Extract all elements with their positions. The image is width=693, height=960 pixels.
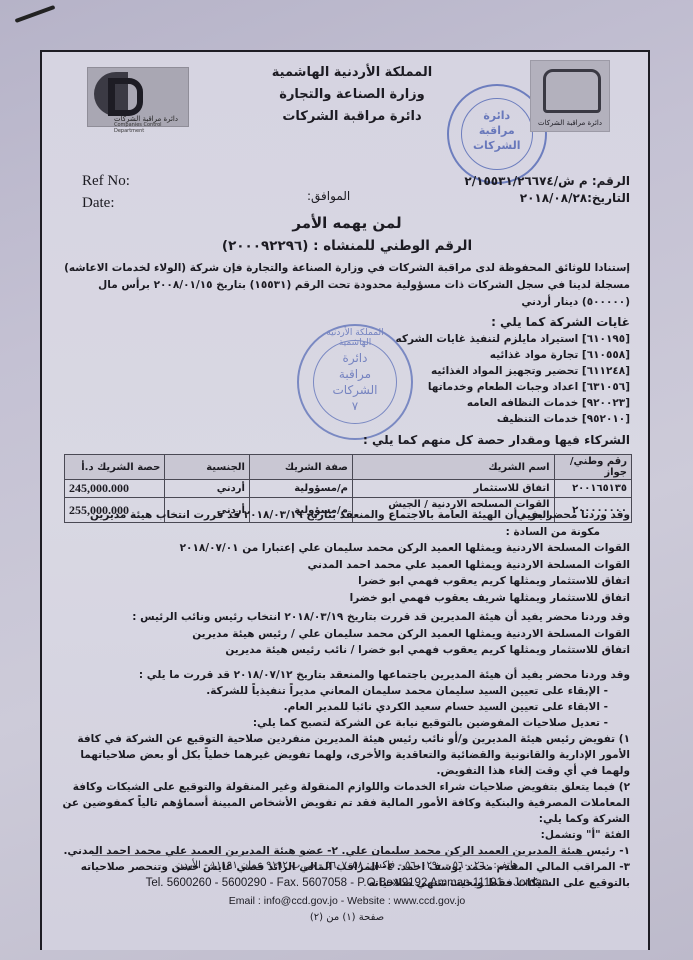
stamp-line: دائرة — [473, 108, 521, 123]
decision-item: - الابقاء على تعيين السيد حسام سعيد الكر… — [60, 699, 608, 715]
decisions-intro: وقد وردنا محضر يفيد أن هيئة المديرين باج… — [60, 667, 630, 683]
table-row: ٢٠٠١٦٥١٣٥ اتفاق للاستثمار م/مسؤولية أردن… — [65, 480, 632, 498]
document-title: لمن يهمه الأمر — [42, 214, 652, 232]
stamp-ring-text: المملكة الأردنية الهاشمية — [309, 328, 401, 348]
board-intro-2: مكونة من السادة : — [60, 524, 600, 541]
stamp-line: دائرة — [299, 350, 411, 366]
pen-mark — [15, 5, 56, 23]
reference-block-ar: الرقم: م ش/٢/١٥٥٣١/٢٦٦٧٤ التاريخ:٢٠١٨/٠٨… — [464, 173, 630, 207]
reference-number: الرقم: م ش/٢/١٥٥٣١/٢٦٦٧٤ — [464, 173, 630, 190]
document-page: دائرة مراقبة الشركات Companies Control D… — [40, 50, 650, 950]
reference-date: التاريخ:٢٠١٨/٠٨/٢٨ — [464, 190, 630, 207]
stamp-line: مراقبة — [299, 366, 411, 382]
col-partner-type: صفة الشريك — [249, 455, 352, 480]
chair-line: القوات المسلحة الاردنية ويمثلها العميد ا… — [60, 626, 630, 643]
emblem-caption: دائرة مراقبة الشركات — [531, 119, 609, 127]
board-member: اتفاق للاستثمار ويمثلها شريف يعقوب فهمي … — [60, 590, 630, 607]
chair-line: اتفاق للاستثمار ويمثلها كريم يعقوب فهمي … — [60, 642, 630, 659]
date-label: Date: — [82, 192, 130, 214]
crest-icon — [543, 69, 601, 113]
cell-nationality: أردني — [165, 480, 250, 498]
logo-p-shape — [108, 78, 143, 116]
cell-share: 245,000.000 — [65, 480, 165, 498]
footer-email-website: Email : info@ccd.gov.jo - Website : www.… — [42, 895, 652, 907]
col-partner-name: اسم الشريك — [352, 455, 554, 480]
col-national-id: رقم وطني/جواز — [554, 455, 631, 480]
stamp-middle: المملكة الأردنية الهاشمية دائرة مراقبة ا… — [297, 324, 413, 440]
clause-2: ٢) فيما يتعلق بتفويض صلاحيات شراء الخدما… — [60, 779, 630, 827]
chair-section: وقد وردنا محضر يفيد أن هيئة المديرين قد … — [60, 609, 630, 659]
board-section: وقد وردنا محضر يفيد أن الهيئة العامة بال… — [60, 507, 630, 606]
intro-line: إستنادا للوثائق المحفوظة لدى مراقبة الشر… — [60, 260, 630, 277]
ministry-name: وزارة الصناعة والتجارة — [242, 84, 462, 106]
board-member: اتفاق للاستثمار ويمثلها كريم يعقوب فهمي … — [60, 573, 630, 590]
cell-partner-type: م/مسؤولية — [249, 480, 352, 498]
board-member: القوات المسلحة الاردنية ويمثلها العميد ا… — [60, 540, 630, 557]
stamp-line: مراقبة — [473, 123, 521, 138]
col-share: حصة الشريك د.أ — [65, 455, 165, 480]
board-intro: وقد وردنا محضر يفيد أن الهيئة العامة بال… — [60, 507, 630, 524]
page-number: صفحة (١) من (٢) — [42, 912, 652, 923]
national-number: الرقم الوطني للمنشاه : (٢٠٠٠٩٢٢٩٦) — [42, 238, 652, 254]
stamp-line: ٧ — [299, 398, 411, 414]
stamp-line: الشركات — [299, 382, 411, 398]
board-member: القوات المسلحة الاردنية ويمثلها العميد ع… — [60, 557, 630, 574]
cell-partner-name: اتفاق للاستثمار — [352, 480, 554, 498]
ref-no-label: Ref No: — [82, 170, 130, 192]
category-a: الفئة "أ" وتشمل: — [60, 827, 630, 843]
partners-title: الشركاء فيها ومقدار حصة كل منهم كما يلي … — [60, 432, 630, 449]
government-header: المملكة الأردنية الهاشمية وزارة الصناعة … — [242, 62, 462, 128]
department-name: دائرة مراقبة الشركات — [242, 106, 462, 128]
jordan-emblem-icon: دائرة مراقبة الشركات — [530, 60, 610, 132]
stamp-text: دائرة مراقبة الشركات — [473, 108, 521, 153]
intro-paragraph: إستنادا للوثائق المحفوظة لدى مراقبة الشر… — [60, 260, 630, 311]
ccd-logo: دائرة مراقبة الشركات Companies Control D… — [87, 67, 189, 127]
intro-line: مسجلة لدينا في سجل الشركات ذات مسؤولية م… — [60, 277, 630, 311]
reference-block-en: Ref No: Date: — [82, 170, 130, 214]
col-nationality: الجنسية — [165, 455, 250, 480]
cell-national-id: ٢٠٠١٦٥١٣٥ — [554, 480, 631, 498]
footer-contact-en: Tel. 5600260 - 5600290 - Fax. 5607058 - … — [42, 877, 652, 889]
logo-text-en: Companies Control Department — [114, 122, 188, 134]
kingdom-name: المملكة الأردنية الهاشمية — [242, 62, 462, 84]
decision-item: - الإبقاء على تعيين السيد سليمان محمد سل… — [60, 683, 608, 699]
stamp-text: دائرة مراقبة الشركات ٧ — [299, 350, 411, 414]
footer-contact-ar: هاتف: ٥٦٠٠٢٦٠ - ٥٦٠٠٢٩٠ - فاكس: ٥٦٠٧٠٥٨ … — [42, 860, 652, 871]
decisions-section: وقد وردنا محضر يفيد أن هيئة المديرين باج… — [60, 667, 630, 891]
table-header-row: رقم وطني/جواز اسم الشريك صفة الشريك الجن… — [65, 455, 632, 480]
chair-intro: وقد وردنا محضر يفيد أن هيئة المديرين قد … — [60, 609, 630, 626]
corresponding-date-label: الموافق: — [307, 189, 350, 203]
clause-1: ١) تفويض رئيس هيئة المديرين و/أو نائب رئ… — [60, 731, 630, 779]
footer-divider — [92, 855, 588, 856]
decision-item: - تعديل صلاحيات المفوضين بالتوقيع نيابة … — [60, 715, 608, 731]
stamp-line: الشركات — [473, 138, 521, 153]
